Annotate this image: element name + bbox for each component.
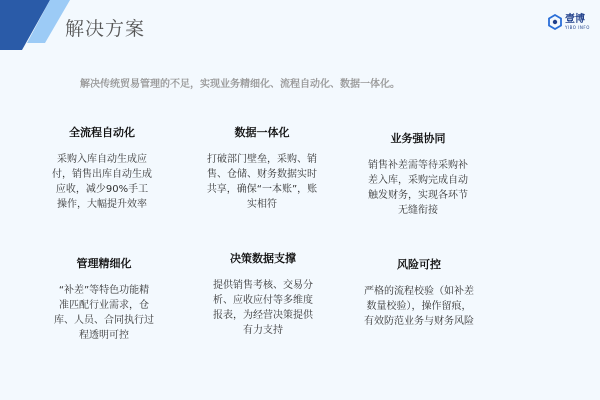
logo-icon bbox=[548, 14, 562, 30]
card-body: “补差”等特色功能精准匹配行业需求，仓库、人员、合同执行过程透明可控 bbox=[54, 283, 154, 343]
card-title: 风险可控 bbox=[362, 256, 476, 272]
logo-subtitle: YIBO INFO bbox=[565, 26, 590, 30]
card-refinement: 管理精细化 “补差”等特色功能精准匹配行业需求，仓库、人员、合同执行过程透明可控 bbox=[54, 255, 154, 343]
card-body: 严格的流程校验（如补差数量校验），操作留痕，有效防范业务与财务风险 bbox=[362, 284, 476, 329]
card-body: 打破部门壁垒，采购、销售、仓储、财务数据实时共享，确保“一本账”，账实相符 bbox=[206, 152, 318, 212]
card-title: 决策数据支撑 bbox=[212, 250, 314, 266]
card-data-integration: 数据一体化 打破部门壁垒，采购、销售、仓储、财务数据实时共享，确保“一本账”，账… bbox=[206, 124, 318, 212]
card-title: 数据一体化 bbox=[206, 124, 318, 140]
page-subtitle: 解决传统贸易管理的不足，实现业务精细化、流程自动化、数据一体化。 bbox=[80, 75, 400, 90]
card-body: 提供销售考核、交易分析、应收应付等多维度报表，为经营决策提供有力支持 bbox=[212, 278, 314, 338]
card-body: 销售补差需等待采购补差入库，采购完成自动触发财务，实现各环节无缝衔接 bbox=[368, 158, 468, 218]
brand-logo: 壹博 YIBO INFO bbox=[548, 14, 590, 30]
card-title: 管理精细化 bbox=[54, 255, 154, 271]
card-automation: 全流程自动化 采购入库自动生成应付，销售出库自动生成应收，减少90%手工操作，大… bbox=[52, 124, 152, 212]
card-risk-control: 风险可控 严格的流程校验（如补差数量校验），操作留痕，有效防范业务与财务风险 bbox=[362, 256, 476, 329]
logo-name: 壹博 bbox=[565, 15, 590, 25]
card-decision-support: 决策数据支撑 提供销售考核、交易分析、应收应付等多维度报表，为经营决策提供有力支… bbox=[212, 250, 314, 338]
corner-decoration bbox=[0, 0, 70, 50]
page-title: 解决方案 bbox=[65, 14, 145, 41]
card-title: 业务强协同 bbox=[368, 130, 468, 146]
card-title: 全流程自动化 bbox=[52, 124, 152, 140]
card-body: 采购入库自动生成应付，销售出库自动生成应收，减少90%手工操作，大幅提升效率 bbox=[52, 152, 152, 212]
card-collaboration: 业务强协同 销售补差需等待采购补差入库，采购完成自动触发财务，实现各环节无缝衔接 bbox=[368, 130, 468, 218]
